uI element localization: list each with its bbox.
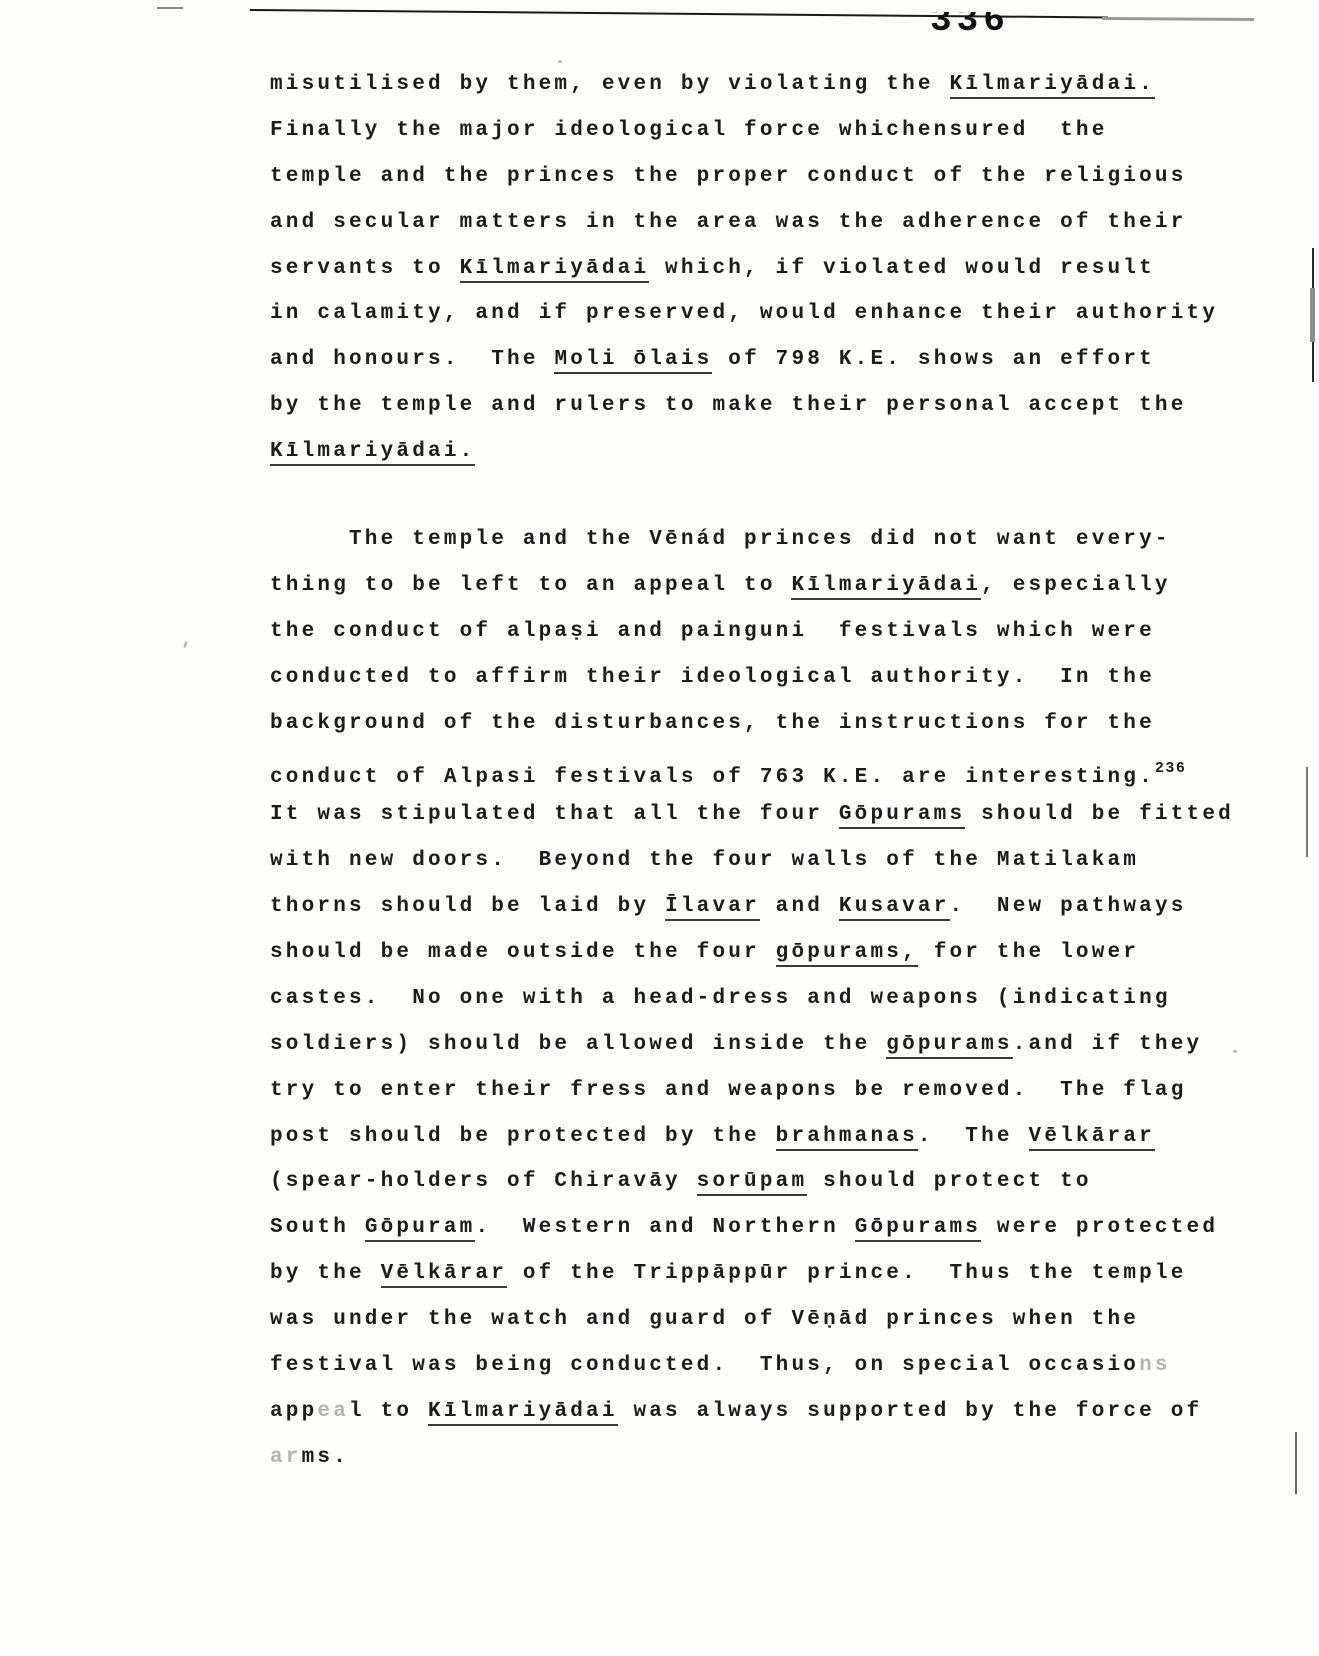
text-segment: soldiers) should be allowed inside the [270,1033,886,1056]
text-segment: and honours. The [270,348,554,371]
text-segment: festival was being conducted. Thus, on s… [270,1354,1139,1377]
text-line: by the temple and rulers to make their p… [270,383,1234,429]
text-line: thorns should be laid by Īlavar and Kusa… [270,884,1234,930]
text-segment: thing to be left to an appeal to [270,574,791,597]
text-line: should be made outside the four gōpurams… [270,930,1234,976]
text-line: thing to be left to an appeal to Kīlmari… [270,563,1234,609]
text-segment: for the lower [918,941,1139,964]
text-segment: and secular matters in the area was the … [270,211,1187,234]
text-segment: South [270,1216,365,1239]
text-segment: servants to [270,257,460,280]
margin-mark [1310,288,1315,342]
text-segment: post should be protected by the [270,1125,776,1148]
text-segment: and [760,895,839,918]
text-segment: background of the disturbances, the inst… [270,712,1155,735]
text-segment: , especially [981,574,1171,597]
underlined-term: gōpurams, [776,941,918,967]
text-line: in calamity, and if preserved, would enh… [270,291,1234,337]
text-line: background of the disturbances, the inst… [270,701,1234,747]
text-segment: conducted to affirm their ideological au… [270,666,1155,689]
text-segment: should be made outside the four [270,941,776,964]
text-line: (spear-holders of Chiravāy sorūpam shoul… [270,1159,1234,1205]
underlined-term: Moli ōlais [554,348,712,374]
text-line: the conduct of alpaṣi and painguni festi… [270,609,1234,655]
text-line: soldiers) should be allowed inside the g… [270,1022,1234,1068]
underlined-term: Kīlmariyādai [791,574,981,600]
text-segment: .and if they [1013,1033,1203,1056]
underlined-term: Gōpuram [365,1216,476,1242]
underlined-term: Gōpurams [855,1216,981,1242]
text-line: post should be protected by the brahmana… [270,1114,1234,1160]
underlined-term: Gōpurams [839,803,965,829]
text-line: conducted to affirm their ideological au… [270,655,1234,701]
underlined-term: Kīlmariyādai. [950,73,1155,99]
text-segment: should be fitted [965,803,1234,826]
text-segment: were protected [981,1216,1218,1239]
scanned-page: 336 misutilised by them, even by violati… [0,0,1319,1656]
text-line: The temple and the Vēnád princes did not… [270,517,1234,563]
text-segment: of 798 K.E. shows an effort [712,348,1154,371]
text-line: and secular matters in the area was the … [270,200,1234,246]
text-segment: which, if violated would result [649,257,1155,280]
text-line: castes. No one with a head-dress and wea… [270,976,1234,1022]
scan-edge-line-tail [1102,17,1254,21]
document-body: misutilised by them, even by violating t… [270,62,1234,1481]
underlined-term: Vēlkārar [1029,1125,1155,1151]
text-line: appeal to Kīlmariyādai was always suppor… [270,1389,1234,1435]
text-line: was under the watch and guard of Vēṇād p… [270,1297,1234,1343]
text-segment: was always supported by the force of [618,1400,1203,1423]
text-segment: Finally the major ideological force whic… [270,119,1108,142]
text-segment: misutilised by them, even by violating t… [270,73,950,96]
text-segment: ar [270,1446,302,1469]
underlined-term: Kīlmariyādai [428,1400,618,1426]
paragraph: misutilised by them, even by violating t… [270,62,1234,475]
text-segment: (spear-holders of Chiravāy [270,1170,697,1193]
margin-mark [1295,1432,1297,1494]
text-segment: by the [270,1262,381,1285]
text-line: It was stipulated that all the four Gōpu… [270,792,1234,838]
underlined-term: gōpurams [886,1033,1012,1059]
text-segment: . The [918,1125,1029,1148]
text-segment: It was stipulated that all the four [270,803,839,826]
text-segment: try to enter their fress and weapons be … [270,1079,1187,1102]
margin-mark [1306,767,1308,857]
scan-speck [558,60,562,63]
text-segment: of the Trippāppūr prince. Thus the templ… [507,1262,1187,1285]
text-segment: should protect to [807,1170,1091,1193]
scan-edge-dash [157,7,183,9]
text-segment: temple and the princes the proper conduc… [270,165,1187,188]
text-segment: thorns should be laid by [270,895,665,918]
text-segment: with new doors. Beyond the four walls of… [270,849,1139,872]
text-line: Kīlmariyādai. [270,429,1234,475]
underlined-term: sorūpam [697,1170,808,1196]
underlined-term: brahmanas [776,1125,918,1151]
text-segment: l to [349,1400,428,1423]
underlined-term: Kusavar [839,895,950,921]
text-line: and honours. The Moli ōlais of 798 K.E. … [270,337,1234,383]
text-segment: app [270,1400,317,1423]
text-segment: by the temple and rulers to make their p… [270,394,1187,417]
underlined-term: Īlavar [665,895,760,921]
text-line: conduct of Alpasi festivals of 763 K.E. … [270,746,1234,792]
text-segment: castes. No one with a head-dress and wea… [270,987,1171,1010]
text-line: by the Vēlkārar of the Trippāppūr prince… [270,1251,1234,1297]
text-line: with new doors. Beyond the four walls of… [270,838,1234,884]
scan-speck [1233,1050,1237,1053]
text-segment: ea [317,1400,349,1423]
footnote-reference: 236 [1155,760,1187,777]
text-line: try to enter their fress and weapons be … [270,1068,1234,1114]
text-segment: conduct of Alpasi festivals of 763 K.E. … [270,766,1155,789]
text-line: misutilised by them, even by violating t… [270,62,1234,108]
text-line: arms. [270,1435,1234,1481]
scan-speck [183,641,188,649]
page-number: 336 [930,0,1010,41]
text-line: Finally the major ideological force whic… [270,108,1234,154]
text-line: festival was being conducted. Thus, on s… [270,1343,1234,1389]
underlined-term: Kīlmariyādai. [270,440,475,466]
text-line: servants to Kīlmariyādai which, if viola… [270,246,1234,292]
text-line: South Gōpuram. Western and Northern Gōpu… [270,1205,1234,1251]
text-segment: was under the watch and guard of Vēṇād p… [270,1308,1139,1331]
text-segment: The temple and the Vēnád princes did not… [270,528,1171,551]
text-segment: . Western and Northern [475,1216,854,1239]
text-line: temple and the princes the proper conduc… [270,154,1234,200]
text-segment: in calamity, and if preserved, would enh… [270,302,1218,325]
text-segment: the conduct of alpaṣi and painguni festi… [270,620,1155,643]
underlined-term: Kīlmariyādai [460,257,650,283]
paragraph: The temple and the Vēnád princes did not… [270,517,1234,1481]
text-segment: ms. [302,1446,349,1469]
underlined-term: Vēlkārar [381,1262,507,1288]
text-segment: . New pathways [950,895,1187,918]
text-segment: ns [1139,1354,1171,1377]
